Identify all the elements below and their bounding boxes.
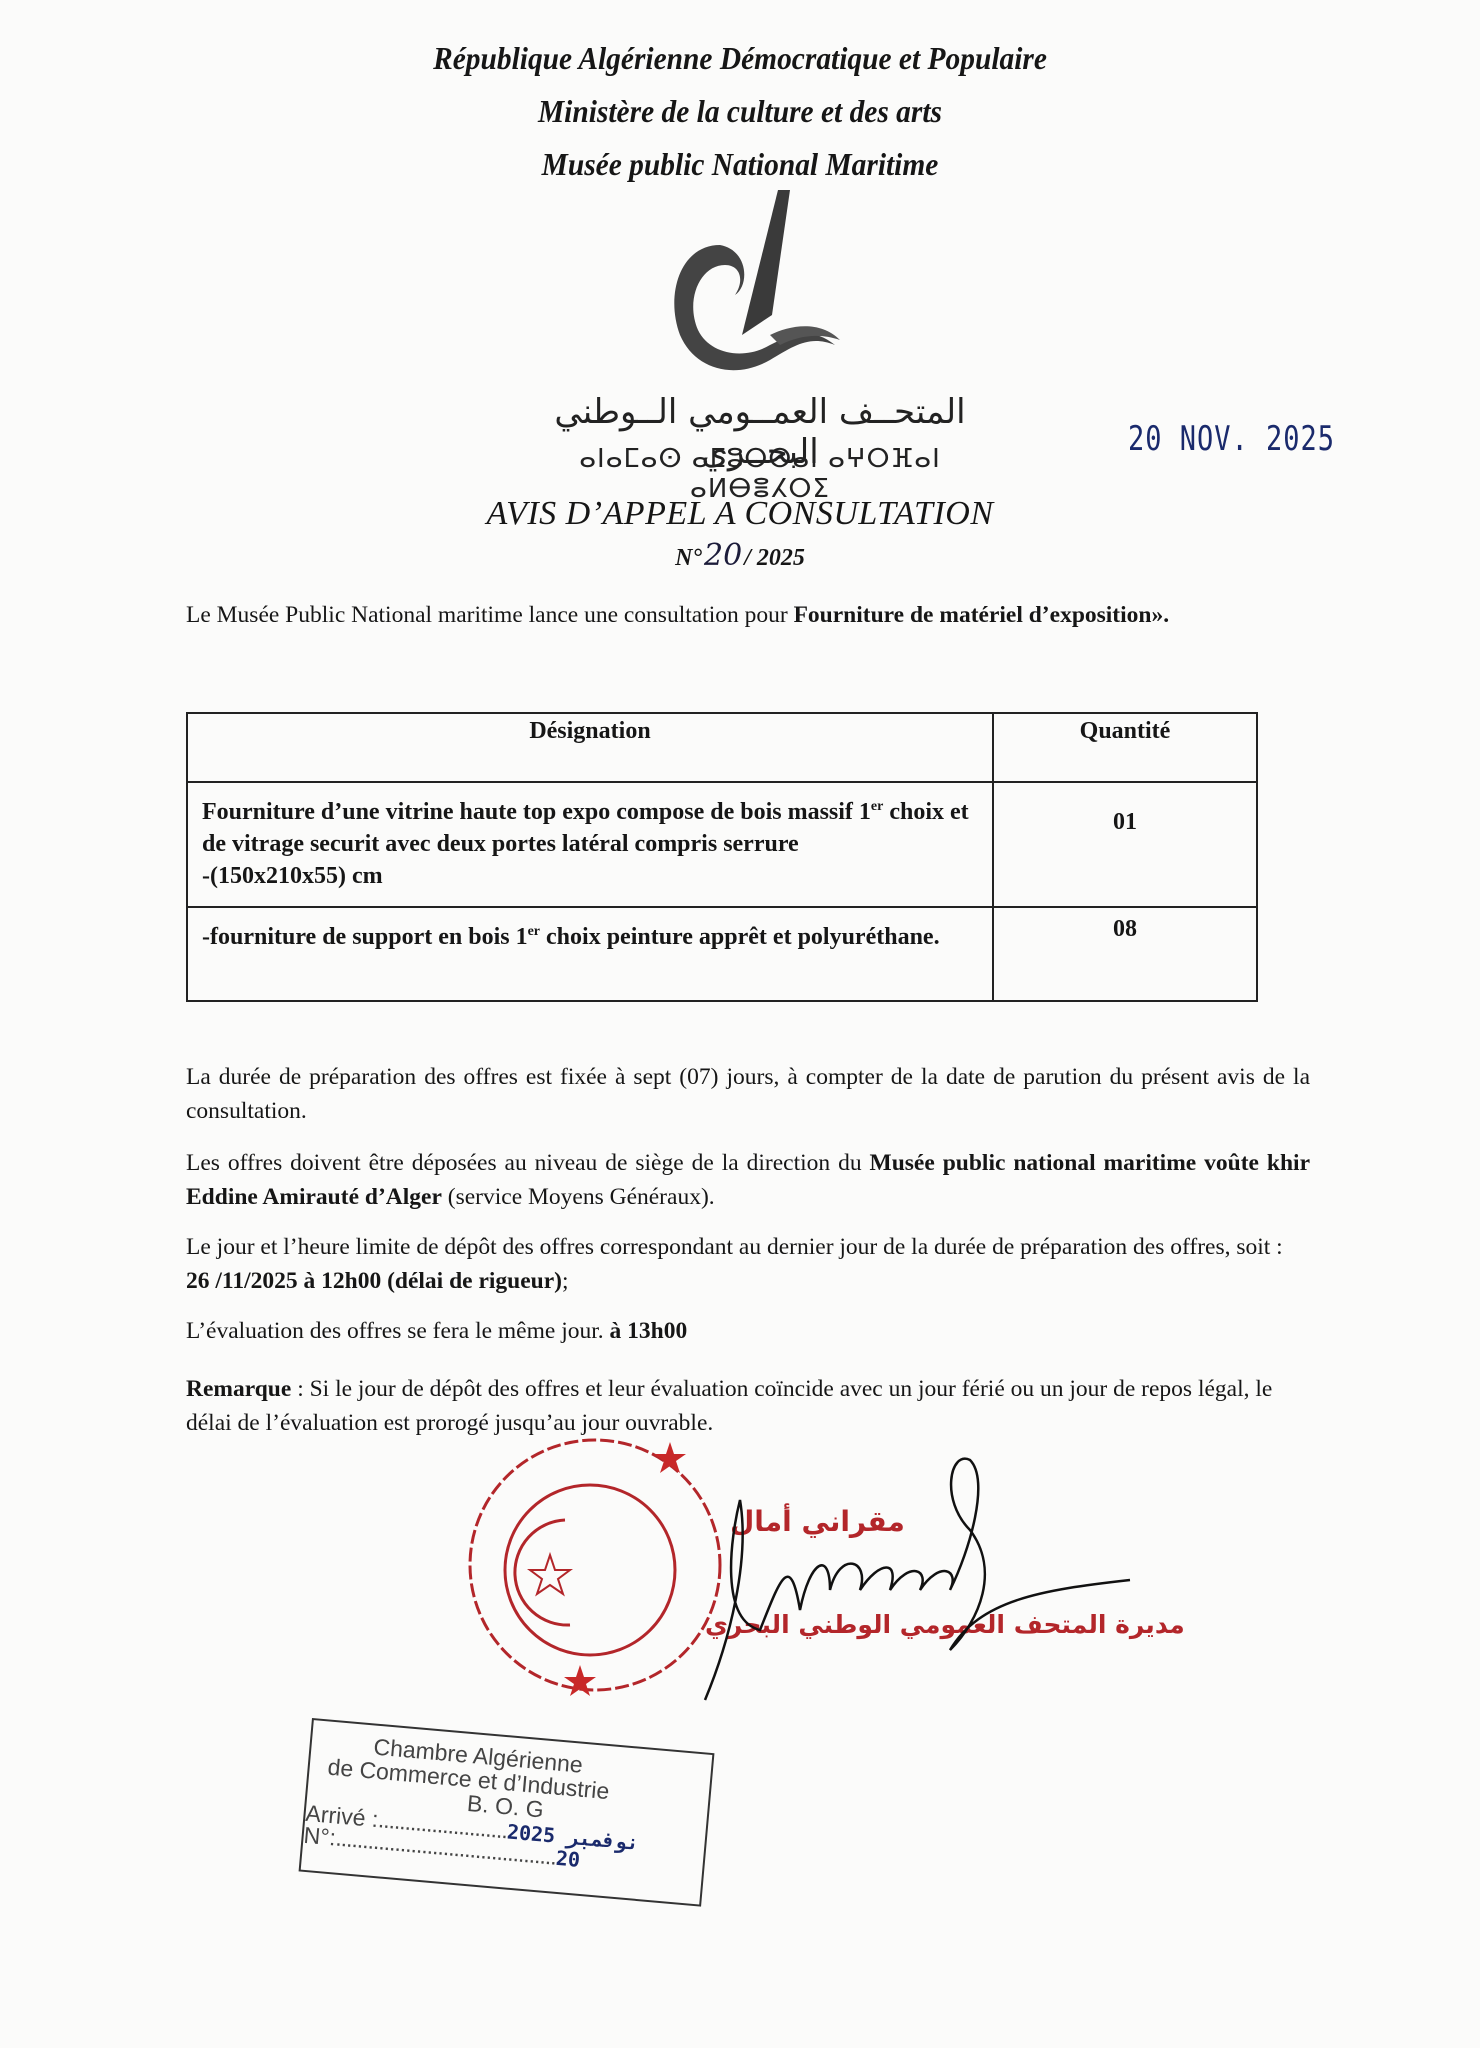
row-designation: Fourniture d’une vitrine haute top expo … xyxy=(187,782,993,907)
letterhead-ministry: Ministère de la culture et des arts xyxy=(59,85,1421,138)
deadline-paragraph: Le jour et l’heure limite de dépôt des o… xyxy=(186,1230,1310,1298)
deadline-date: 26 /11/2025 à 12h00 (délai de rigueur) xyxy=(186,1268,562,1294)
remark-label: Remarque xyxy=(186,1376,291,1402)
letterhead-republic: République Algérienne Démocratique et Po… xyxy=(59,32,1421,85)
evaluation-paragraph: L’évaluation des offres se fera le même … xyxy=(186,1314,1310,1348)
intro-subject: Fourniture de matériel d’exposition». xyxy=(794,602,1170,628)
letterhead-museum: Musée public National Maritime xyxy=(59,138,1421,191)
consultation-number: N°20/ 2025 xyxy=(0,538,1480,573)
document-title: AVIS D’APPEL A CONSULTATION xyxy=(0,495,1480,533)
reception-number: 20 xyxy=(555,1846,581,1872)
handwritten-signature-icon xyxy=(680,1440,1140,1740)
items-table: Désignation Quantité Fourniture d’une vi… xyxy=(186,712,1258,1002)
number-handwritten: 20 xyxy=(704,538,742,573)
intro-paragraph: Le Musée Public National maritime lance … xyxy=(186,598,1186,632)
date-stamp: 20 NOV. 2025 xyxy=(1128,420,1335,459)
row-quantity: 01 xyxy=(993,782,1257,907)
row-quantity: 08 xyxy=(993,907,1257,1001)
letterhead: République Algérienne Démocratique et Po… xyxy=(59,32,1421,191)
sailboat-wave-logo-icon xyxy=(660,185,850,385)
deposit-paragraph: Les offres doivent être déposées au nive… xyxy=(186,1146,1310,1214)
header-designation: Désignation xyxy=(187,713,993,782)
number-prefix: N° xyxy=(675,545,702,571)
header-quantity: Quantité xyxy=(993,713,1257,782)
duration-paragraph: La durée de préparation des offres est f… xyxy=(186,1060,1310,1128)
number-suffix: / 2025 xyxy=(744,545,805,571)
table-row: -fourniture de support en bois 1er choix… xyxy=(187,907,1257,1001)
reception-stamp: Chambre Algérienne de Commerce et d’Indu… xyxy=(299,1718,715,1907)
row-designation: -fourniture de support en bois 1er choix… xyxy=(187,907,993,1001)
table-header-row: Désignation Quantité xyxy=(187,713,1257,782)
table-row: Fourniture d’une vitrine haute top expo … xyxy=(187,782,1257,907)
